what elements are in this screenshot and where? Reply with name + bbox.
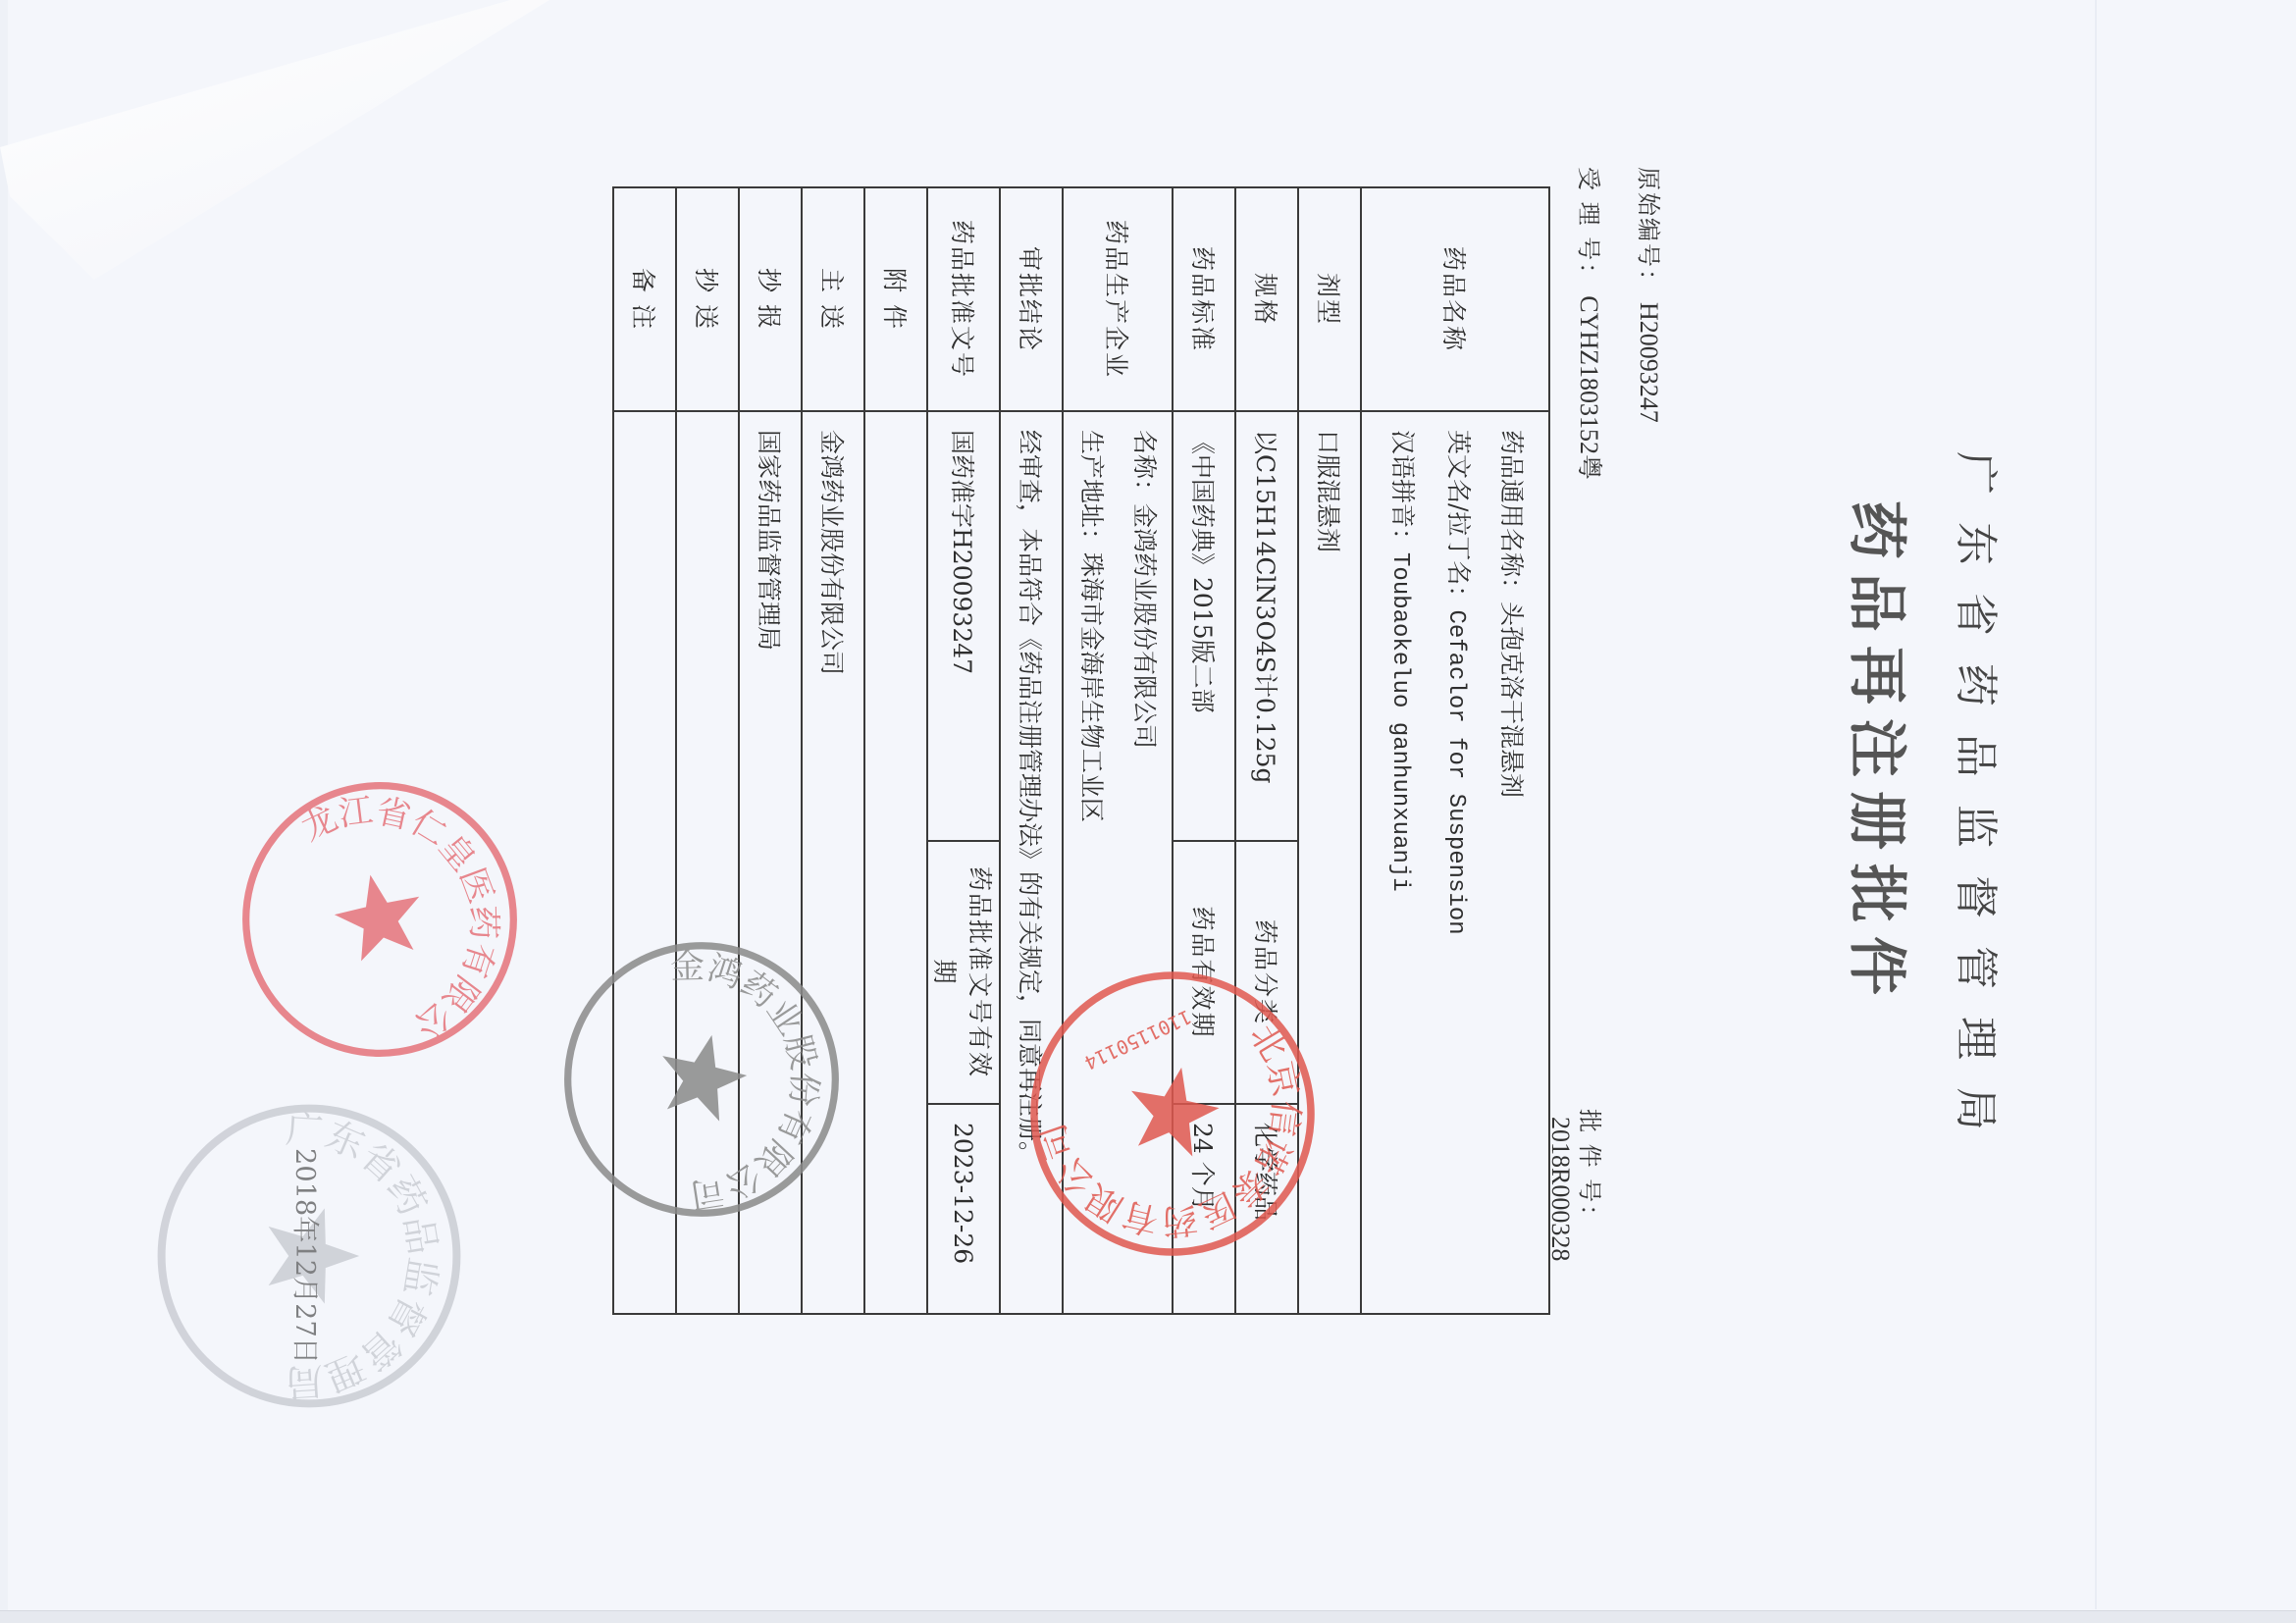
english-name-label: 英文名/拉丁名： [1444,430,1473,609]
dosage-form-label: 剂型 [1298,187,1361,411]
table-row: 审批结论 经审查，本品符合《药品注册管理办法》的有关规定，同意再注册。 [1000,187,1063,1314]
table-row: 剂型 口服混悬剂 [1298,187,1361,1314]
table-row: 附 件 [864,187,927,1314]
spec: 以C15H14ClN3O4S计0.125g [1235,411,1298,841]
conclusion: 经审查，本品符合《药品注册管理办法》的有关规定，同意再注册。 [1000,411,1063,1314]
table-row: 药品标准 《中国药典》2015版二部 药品有效期 24 个月 [1173,187,1235,1314]
remarks-label: 备 注 [613,187,676,411]
table-row: 抄 报 国家药品监督管理局 [739,187,802,1314]
approval-table: 药品名称 药品通用名称：头孢克洛干混悬剂 英文名/拉丁名：Cefaclor fo… [612,186,1550,1315]
approval-doc: 国药准字H20093247 [927,411,1000,841]
original-number-value: H20093247 [1635,302,1663,423]
acceptance-number: 受 理 号：CYHZ1803152粤 [1573,167,1609,480]
approval-number: 批 件 号：2018R000328 [1545,1109,1609,1354]
remarks [613,411,676,1314]
manufacturer-name: 金鸿药业股份有限公司 [1130,503,1159,749]
approval-doc-validity: 2023-12-26 [927,1104,1000,1314]
pinyin-name: Toubaokeluo ganhunxuanji [1386,552,1413,892]
manufacturer-address-label: 生产地址： [1077,430,1106,552]
svg-text:2018年12月27日: 2018年12月27日 [289,1148,320,1364]
spec-label: 规格 [1235,187,1298,411]
manufacturer-address: 珠海市金海岸生物工业区 [1077,552,1106,822]
table-row: 抄 送 [676,187,739,1314]
acceptance-number-label: 受 理 号： [1575,167,1602,288]
table-row: 药品名称 药品通用名称：头孢克洛干混悬剂 英文名/拉丁名：Cefaclor fo… [1361,187,1549,1314]
drug-name-label: 药品名称 [1361,187,1549,411]
attachment-label: 附 件 [864,187,927,411]
table-row: 备 注 [613,187,676,1314]
pinyin-label: 汉语拼音： [1388,430,1417,552]
drug-name-cell: 药品通用名称：头孢克洛干混悬剂 英文名/拉丁名：Cefaclor for Sus… [1361,411,1549,1314]
validity-label: 药品有效期 [1173,841,1235,1104]
manufacturer-name-label: 名称： [1130,430,1159,503]
scan-bottom-edge [0,1610,2296,1623]
dosage-form: 口服混悬剂 [1298,411,1361,1314]
standard-label: 药品标准 [1173,187,1235,411]
table-row: 规格 以C15H14ClN3O4S计0.125g 药品分类 化学药品 [1235,187,1298,1314]
generic-name: 头孢克洛干混悬剂 [1497,602,1526,798]
official-seal-icon: 广东省药品监督管理局2018年12月27日 [147,1099,471,1413]
manufacturer-label: 药品生产企业 [1063,187,1173,411]
attachment [864,411,927,1314]
table-row: 主 送 金鸿药业股份有限公司 [802,187,864,1314]
cc-report-label: 抄 报 [739,187,802,411]
cc-report: 国家药品监督管理局 [739,411,802,1314]
original-number: 原始编号：H20093247 [1634,167,1668,423]
english-name: Cefaclor for Suspension [1442,609,1469,934]
document-page: 广东省药品监督管理局 药品再注册批件 原始编号：H20093247 受 理 号：… [530,128,2041,1354]
approval-number-value: 2018R000328 [1546,1117,1575,1261]
generic-name-label: 药品通用名称： [1497,430,1526,602]
manufacturer-cell: 名称：金鸿药业股份有限公司 生产地址：珠海市金海岸生物工业区 [1063,411,1173,1314]
category-label: 药品分类 [1235,841,1298,1104]
scan-artifact-line [2095,0,2097,1609]
cc-send-label: 抄 送 [676,187,739,411]
table-row: 药品批准文号 国药准字H20093247 药品批准文号有效期 2023-12-2… [927,187,1000,1314]
main-recipient: 金鸿药业股份有限公司 [802,411,864,1314]
approval-number-label: 批 件 号： [1576,1109,1603,1230]
original-number-label: 原始编号： [1635,167,1662,294]
approval-doc-label: 药品批准文号 [927,187,1000,411]
conclusion-label: 审批结论 [1000,187,1063,411]
main-recipient-label: 主 送 [802,187,864,411]
scan-edge [0,0,8,1623]
document-title: 药品再注册批件 [1839,500,1923,1009]
standard: 《中国药典》2015版二部 [1173,411,1235,841]
red-company-stamp-icon: 黑龙江省仁皇医药有限公司 [228,777,532,1062]
folded-corner [0,0,549,294]
validity: 24 个月 [1173,1104,1235,1314]
svg-text:广东省药品监督管理局: 广东省药品监督管理局 [285,1108,445,1404]
approval-doc-validity-label: 药品批准文号有效期 [927,841,1000,1104]
issuing-agency: 广东省药品监督管理局 [1949,451,2011,1158]
table-row: 药品生产企业 名称：金鸿药业股份有限公司 生产地址：珠海市金海岸生物工业区 [1063,187,1173,1314]
category: 化学药品 [1235,1104,1298,1314]
acceptance-number-value: CYHZ1803152粤 [1575,295,1603,480]
cc-send [676,411,739,1314]
